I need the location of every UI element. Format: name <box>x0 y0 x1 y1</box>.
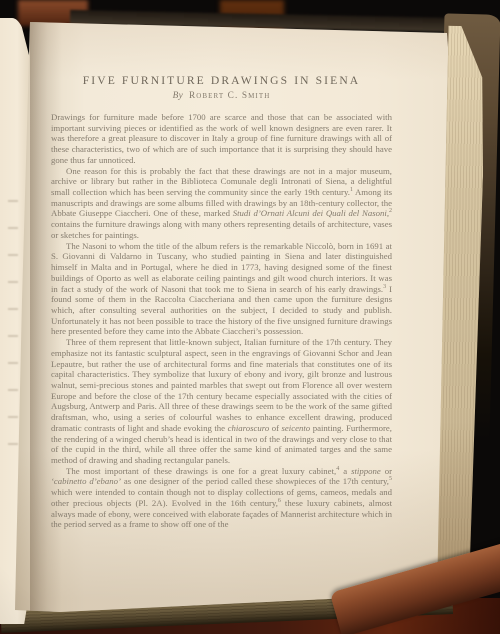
paragraph: The most important of these drawings is … <box>51 466 392 530</box>
paragraph: The Nasoni to whom the title of the albu… <box>51 241 392 337</box>
text-run: The Nasoni to whom the title of the albu… <box>51 241 392 294</box>
text-run: of <box>269 423 281 433</box>
book-page: FIVE FURNITURE DRAWINGS IN SIENA By Robe… <box>15 20 457 616</box>
byline: By Robert C. Smith <box>51 91 392 101</box>
text-run: Drawings for furniture made before 1700 … <box>51 112 392 165</box>
footnote-marker: 5 <box>389 477 392 483</box>
book-photo: FIVE FURNITURE DRAWINGS IN SIENA By Robe… <box>0 0 500 634</box>
page-title: FIVE FURNITURE DRAWINGS IN SIENA <box>51 74 392 87</box>
facing-page-text-marks <box>8 200 18 445</box>
paragraph: Drawings for furniture made before 1700 … <box>51 112 392 166</box>
page-text-column: FIVE FURNITURE DRAWINGS IN SIENA By Robe… <box>51 74 392 530</box>
byline-prefix: By <box>173 91 184 101</box>
paragraph: One reason for this is probably the fact… <box>51 166 392 241</box>
text-run: seicento <box>282 423 311 433</box>
text-run: One reason for this is probably the fact… <box>51 166 392 197</box>
text-run: chiaroscuro <box>228 423 270 433</box>
text-run: Three of them represent that little-know… <box>51 337 392 433</box>
text-run: stippone <box>351 466 381 476</box>
text-run: Studi d’Ornati Alcuni dei Quali del Naso… <box>233 208 389 218</box>
paragraph: Three of them represent that little-know… <box>51 337 392 466</box>
article-body: Drawings for furniture made before 1700 … <box>51 112 392 530</box>
text-run: ‘cabinetto d’ebano’ <box>51 476 121 486</box>
text-run: The most important of these drawings is … <box>66 466 336 476</box>
footnote-marker: 2 <box>389 209 392 215</box>
text-run: contains the furniture drawings along wi… <box>51 219 392 240</box>
text-run: a <box>339 466 351 476</box>
byline-author: Robert C. Smith <box>189 91 270 101</box>
text-run: as one designer of the period called the… <box>121 476 389 486</box>
text-run: or <box>381 466 392 476</box>
